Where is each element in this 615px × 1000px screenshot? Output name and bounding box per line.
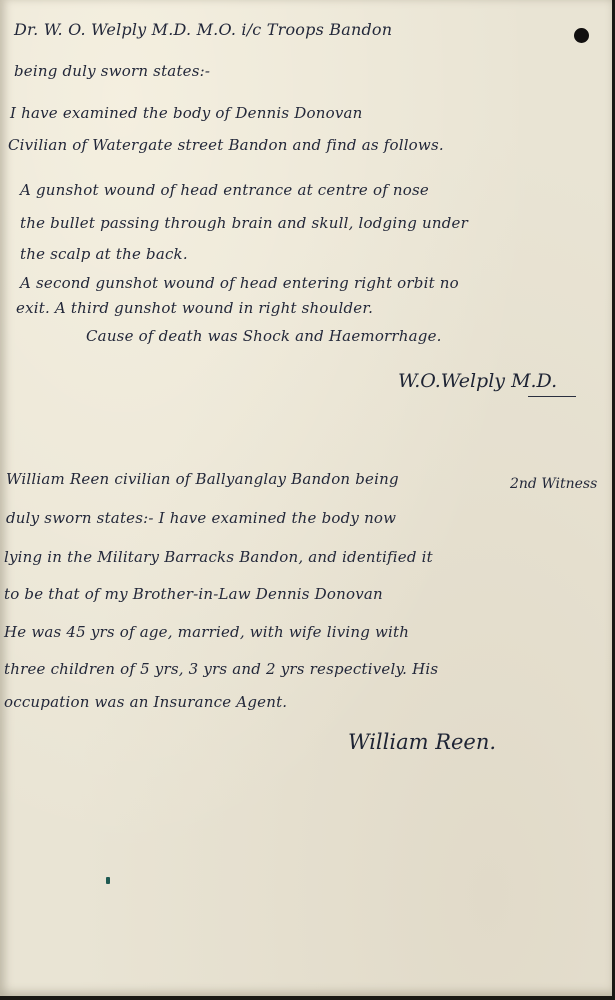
statement-2-line: three children of 5 yrs, 3 yrs and 2 yrs… [4,660,438,678]
signature-welply: W.O.Welply M.D. [398,370,557,392]
margin-note-witness: 2nd Witness [510,476,597,492]
signature-underline [528,396,576,397]
statement-2-line: He was 45 yrs of age, married, with wife… [4,623,409,641]
statement-1-line: A gunshot wound of head entrance at cent… [20,181,429,199]
statement-1-line: Cause of death was Shock and Haemorrhage… [86,327,442,345]
statement-1-line: the bullet passing through brain and sku… [20,214,468,232]
statement-2-line: to be that of my Brother-in-Law Dennis D… [4,585,383,603]
statement-1-line: exit. A third gunshot wound in right sho… [16,299,373,317]
statement-1-heading: Dr. W. O. Welply M.D. M.O. i/c Troops Ba… [14,20,392,39]
statement-1-line: being duly sworn states:- [14,62,210,80]
signature-reen: William Reen. [348,730,496,754]
statement-2-line: occupation was an Insurance Agent. [4,693,287,711]
statement-1-line: A second gunshot wound of head entering … [20,274,459,292]
statement-2-line: duly sworn states:- I have examined the … [6,509,396,527]
statement-2-line: William Reen civilian of Ballyanglay Ban… [6,470,399,488]
document-page: Dr. W. O. Welply M.D. M.O. i/c Troops Ba… [0,0,612,996]
punch-hole [574,28,589,43]
statement-1-line: I have examined the body of Dennis Donov… [10,104,363,122]
statement-1-line: the scalp at the back. [20,245,188,263]
statement-2-line: lying in the Military Barracks Bandon, a… [4,548,433,566]
ink-spot [106,877,110,884]
statement-1-line: Civilian of Watergate street Bandon and … [8,136,444,154]
